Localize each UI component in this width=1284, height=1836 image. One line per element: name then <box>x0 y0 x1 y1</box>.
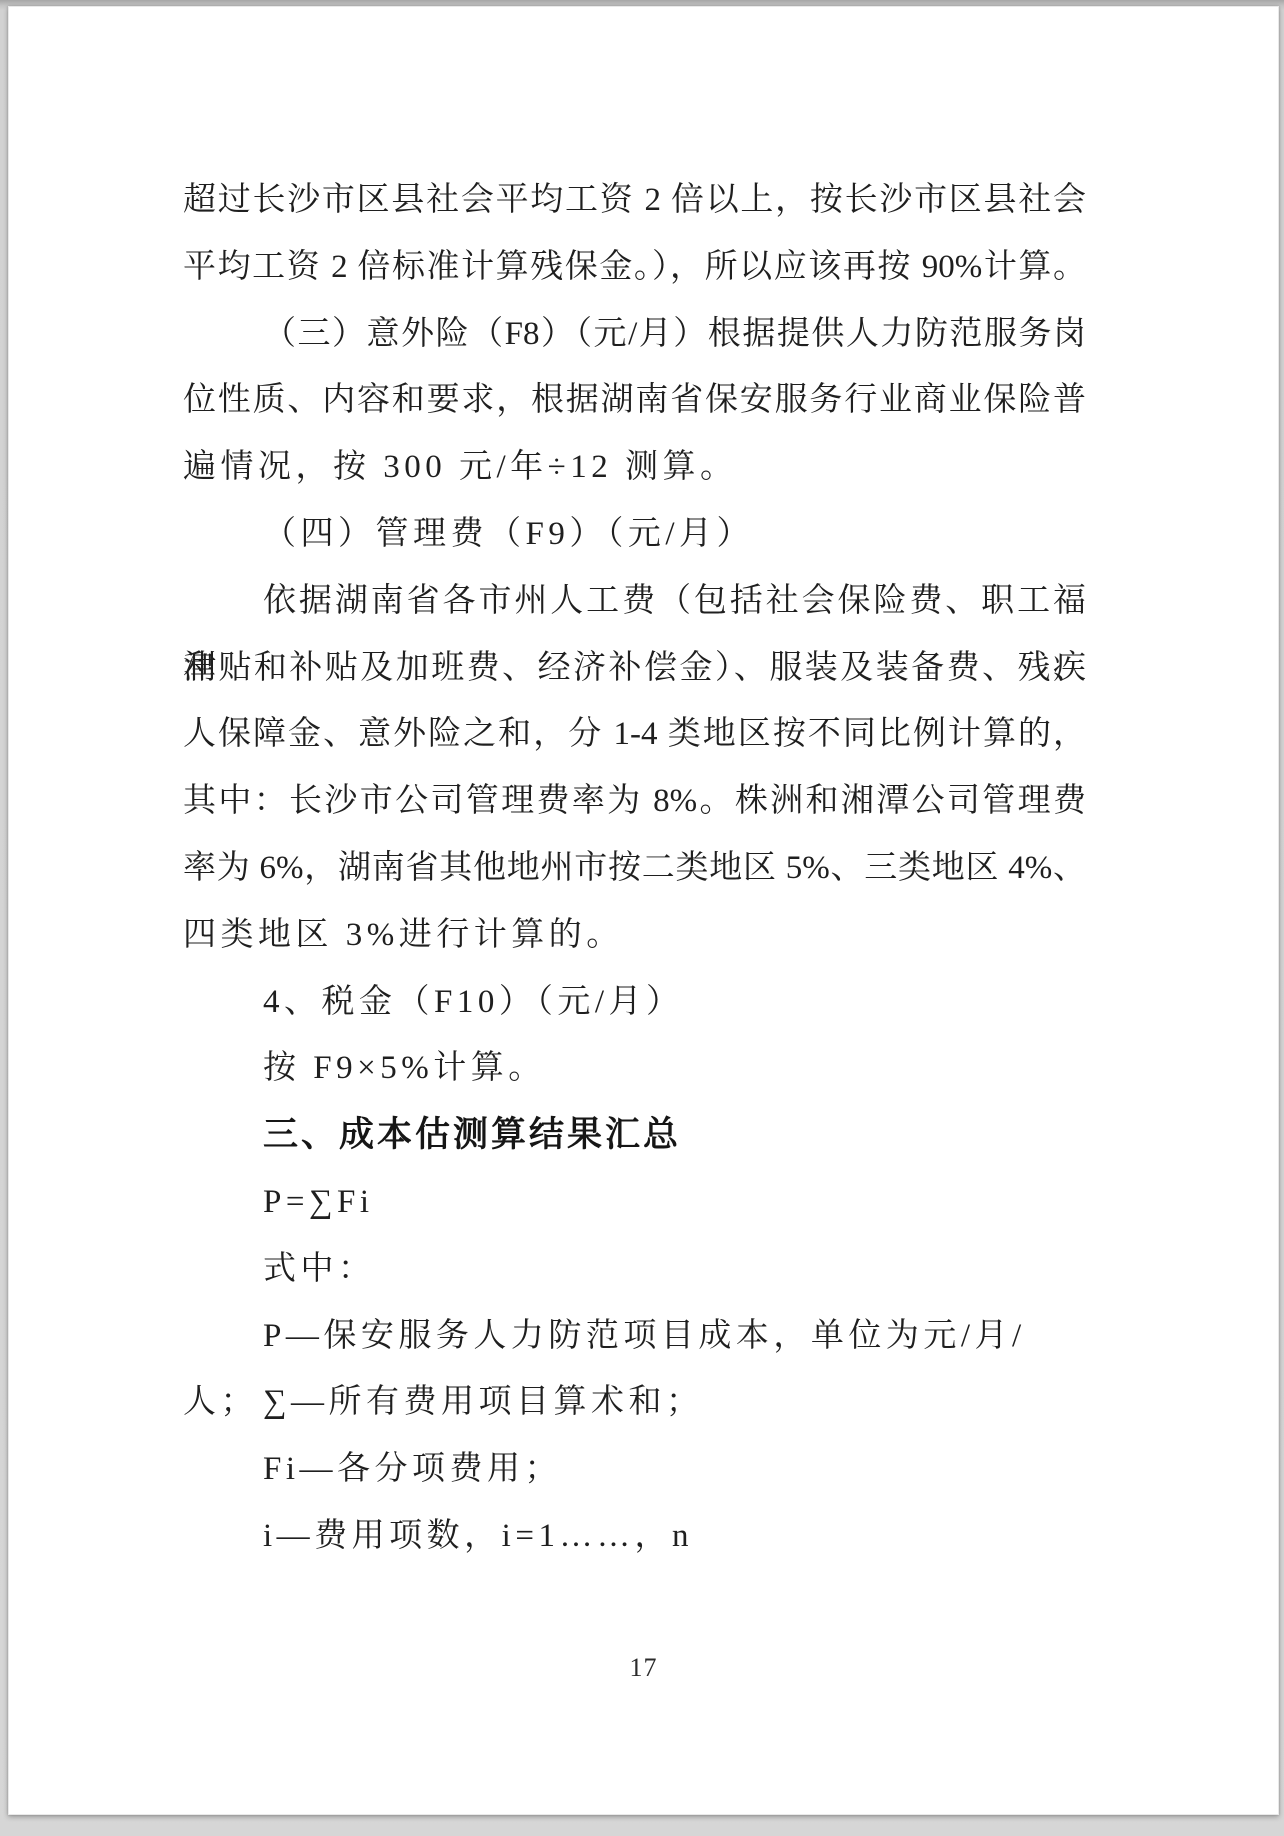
text-line: Fi—各分项费用； <box>183 1436 1086 1503</box>
text-line: 其中：长沙市公司管理费率为 8%。株洲和湘潭公司管理费 <box>183 768 1086 835</box>
screenshot-background: 超过长沙市区县社会平均工资 2 倍以上，按长沙市区县社会平均工资 2 倍标准计算… <box>0 0 1284 1836</box>
text-line: 率为 6%，湖南省其他地州市按二类地区 5%、三类地区 4%、 <box>183 835 1086 902</box>
text-line: 津贴和补贴及加班费、经济补偿金）、服装及装备费、残疾 <box>183 635 1086 702</box>
text-line: （三）意外险（F8）（元/月）根据提供人力防范服务岗 <box>183 301 1086 368</box>
text-line: 按 F9×5%计算。 <box>183 1035 1086 1102</box>
section-heading: 三、成本估测算结果汇总 <box>183 1102 1086 1169</box>
text-line: 依据湖南省各市州人工费（包括社会保险费、职工福利、 <box>183 568 1086 635</box>
text-line: ∑—所有费用项目算术和； <box>183 1369 1086 1436</box>
text-line: 超过长沙市区县社会平均工资 2 倍以上，按长沙市区县社会 <box>183 167 1086 234</box>
page-number: 17 <box>9 1653 1278 1683</box>
document-body: 超过长沙市区县社会平均工资 2 倍以上，按长沙市区县社会平均工资 2 倍标准计算… <box>183 167 1086 1570</box>
text-line: 遍情况，按 300 元/年÷12 测算。 <box>183 434 1086 501</box>
text-line: 四类地区 3%进行计算的。 <box>183 902 1086 969</box>
text-line: 人保障金、意外险之和，分 1-4 类地区按不同比例计算的， <box>183 701 1086 768</box>
text-line: P=∑Fi <box>183 1169 1086 1236</box>
text-line: 平均工资 2 倍标准计算残保金。），所以应该再按 90%计算。 <box>183 234 1086 301</box>
text-line: 式中： <box>183 1236 1086 1303</box>
text-line: 位性质、内容和要求，根据湖南省保安服务行业商业保险普 <box>183 367 1086 434</box>
text-line: 4、税金（F10）（元/月） <box>183 969 1086 1036</box>
text-line: i—费用项数，i=1……，n <box>183 1503 1086 1570</box>
text-line: （四）管理费（F9）（元/月） <box>183 501 1086 568</box>
text-line: P—保安服务人力防范项目成本，单位为元/月/人； <box>183 1303 1086 1370</box>
document-page: 超过长沙市区县社会平均工资 2 倍以上，按长沙市区县社会平均工资 2 倍标准计算… <box>8 6 1279 1815</box>
